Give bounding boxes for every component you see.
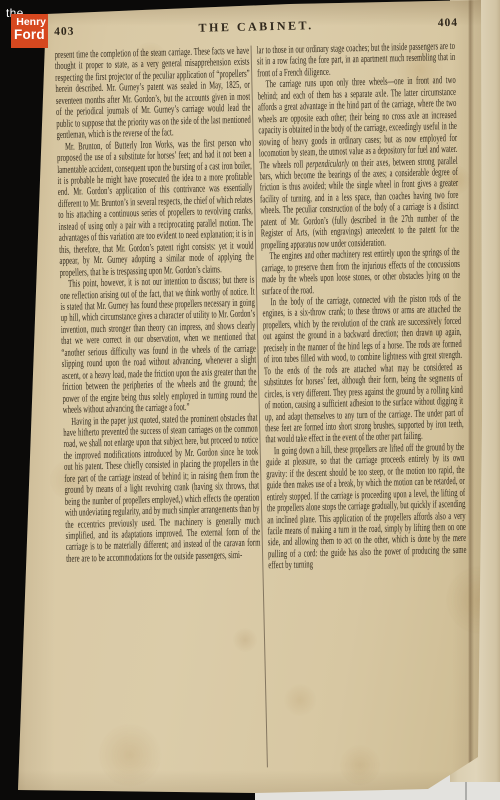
book-page: 403 THE CABINET. 404 present time the co… xyxy=(0,0,500,800)
logo-ford-text: Ford xyxy=(14,28,48,41)
paragraph: lar to those in our ordinary stage coach… xyxy=(257,41,456,80)
paragraph: In the body of the carriage, connected w… xyxy=(262,293,464,446)
henry-ford-logo-box: Henry Ford xyxy=(11,14,48,48)
paragraph: present time the completion of the steam… xyxy=(55,46,252,142)
page-title: THE CABINET. xyxy=(198,18,313,36)
henry-ford-logo: the Henry Ford xyxy=(2,6,60,58)
logo-henry-text: Henry xyxy=(11,17,46,27)
left-column: present time the completion of the steam… xyxy=(55,46,261,566)
paragraph: In going down a hill, these propellers a… xyxy=(266,442,467,572)
paragraph: The engines and other machinery rest ent… xyxy=(261,247,460,297)
paragraph: This point, however, it is not our inten… xyxy=(60,275,258,417)
paragraph: The carriage runs upon only three wheels… xyxy=(257,75,459,251)
page-number-right: 404 xyxy=(438,17,459,29)
printed-content: 403 THE CABINET. 404 present time the co… xyxy=(54,15,475,788)
scanned-book-photo: 403 THE CABINET. 404 present time the co… xyxy=(0,0,500,800)
paragraph: Mr. Brunton, of Butterly Iron Works, was… xyxy=(57,137,255,279)
text-columns: present time the completion of the steam… xyxy=(55,41,476,788)
right-column: lar to those in our ordinary stage coach… xyxy=(257,41,467,572)
paragraph: Having in the paper just quoted, stated … xyxy=(63,412,261,565)
